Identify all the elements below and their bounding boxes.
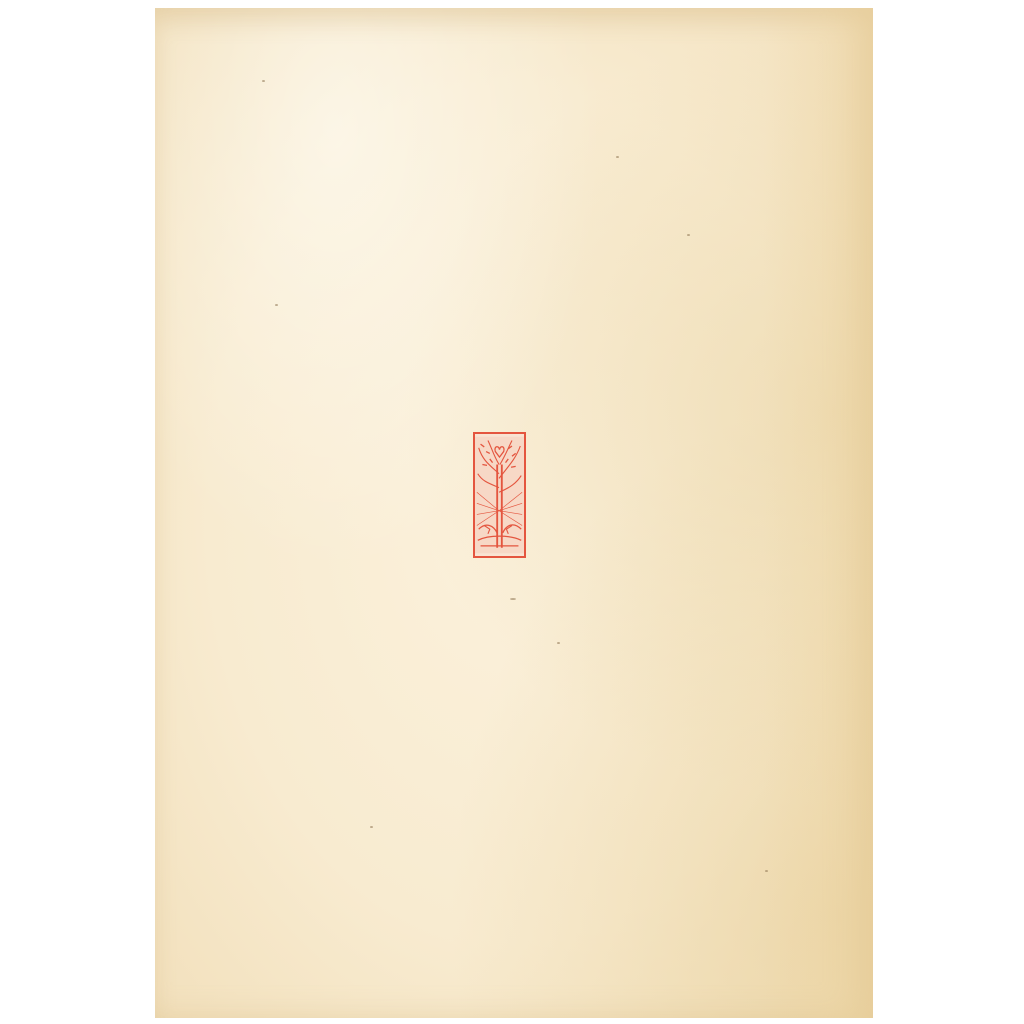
paper-speck [370,826,373,828]
paper-speck [765,870,768,872]
paper-speck [687,234,690,236]
paper-speck [275,304,278,306]
printer-mark-tree-emblem-icon [473,432,526,558]
paper-speck [557,642,560,644]
paper-speck [510,598,516,600]
paper-speck [262,80,265,82]
scan-background [0,0,1024,1024]
paper-speck [616,156,619,158]
